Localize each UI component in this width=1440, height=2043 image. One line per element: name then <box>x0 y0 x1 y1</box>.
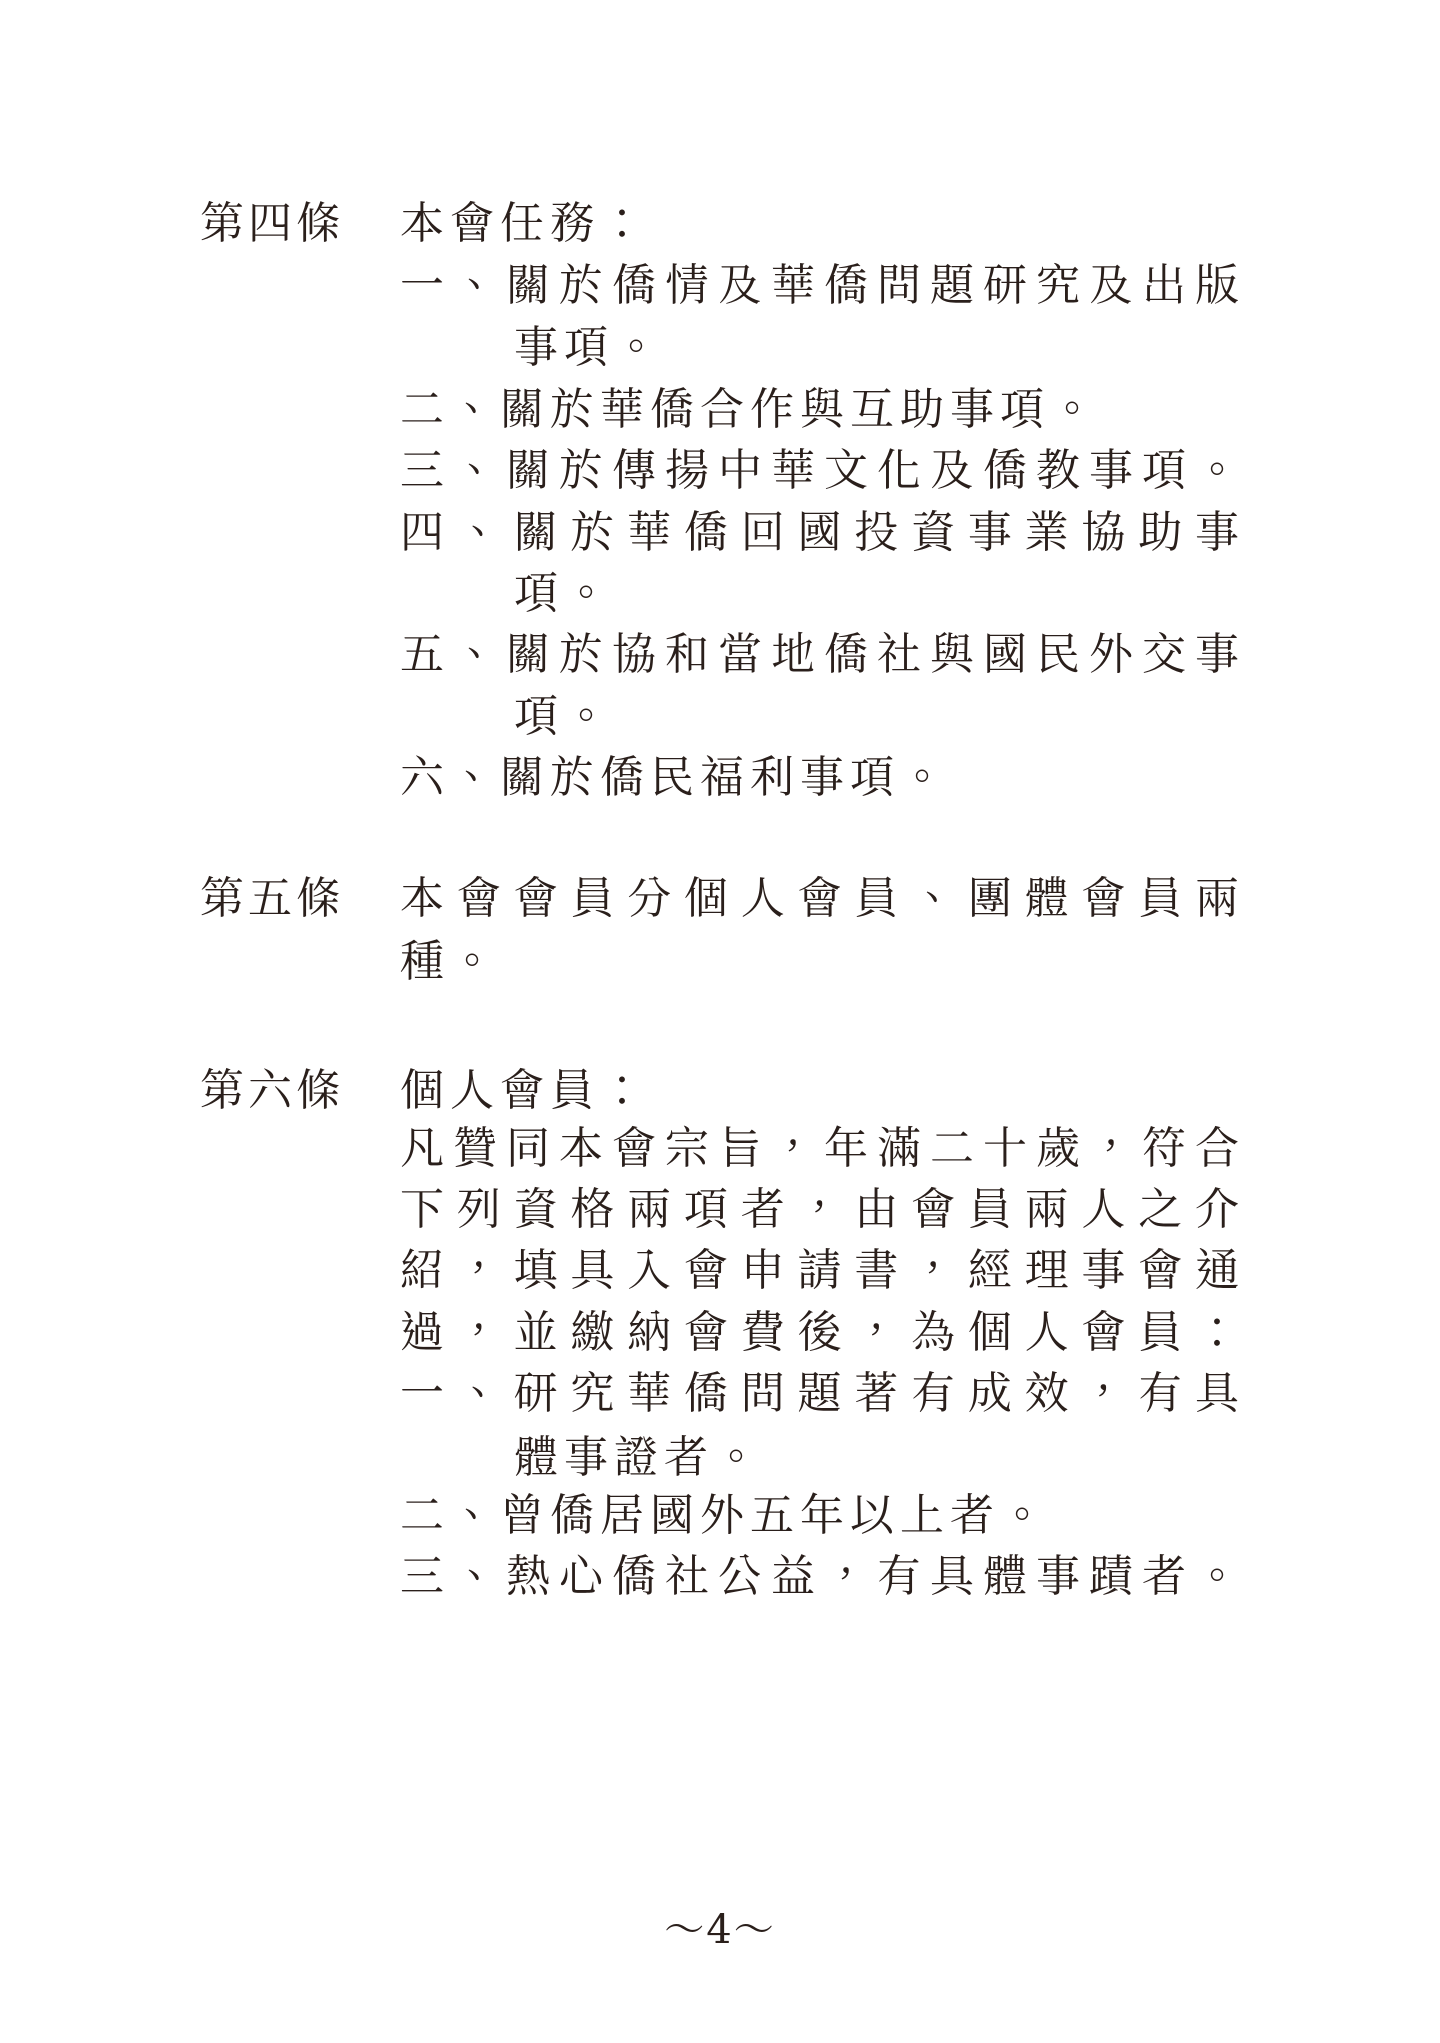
article-body-line: 紹，填具入會申請書，經理事會通 <box>400 1248 1240 1294</box>
continuation-line: 體事證者。 <box>514 1435 1240 1481</box>
list-item-line: 六、關於僑民福利事項。 <box>400 755 1240 801</box>
document-page: 第四條 本會任務： 一、關於僑情及華僑問題研究及出版 事項。 二、關於華僑合作與… <box>0 0 1440 2043</box>
article-body-line: 個人會員： <box>400 1068 1240 1114</box>
article-label: 第六條 <box>200 1068 344 1114</box>
article-body-line: 本會任務： <box>400 201 1240 247</box>
article-label: 第四條 <box>200 201 344 247</box>
article-body-line: 本會會員分個人會員、團體會員兩 <box>400 876 1240 922</box>
continuation-line: 項。 <box>514 694 1240 740</box>
article-body-line: 種。 <box>400 939 1240 985</box>
list-item-line: 二、關於華僑合作與互助事項。 <box>400 387 1240 433</box>
continuation-line: 項。 <box>514 571 1240 617</box>
article-body-line: 過，並繳納會費後，為個人會員： <box>400 1310 1240 1356</box>
article-body-line: 凡贊同本會宗旨，年滿二十歲，符合 <box>400 1126 1240 1172</box>
list-item-line: 一、關於僑情及華僑問題研究及出版 <box>400 263 1240 309</box>
list-item-line: 五、關於協和當地僑社與國民外交事 <box>400 632 1240 678</box>
list-item-line: 三、關於傳揚中華文化及僑教事項。 <box>400 448 1240 494</box>
list-item-line: 二、曾僑居國外五年以上者。 <box>400 1493 1240 1539</box>
list-item-line: 三、熱心僑社公益，有具體事蹟者。 <box>400 1554 1240 1600</box>
list-item-line: 四、關於華僑回國投資事業協助事 <box>400 510 1240 556</box>
list-item-line: 一、研究華僑問題著有成效，有具 <box>400 1371 1240 1417</box>
article-label: 第五條 <box>200 876 344 922</box>
page-number: ～4～ <box>0 1898 1440 1955</box>
article-body-line: 下列資格兩項者，由會員兩人之介 <box>400 1187 1240 1233</box>
continuation-line: 事項。 <box>514 325 1240 371</box>
